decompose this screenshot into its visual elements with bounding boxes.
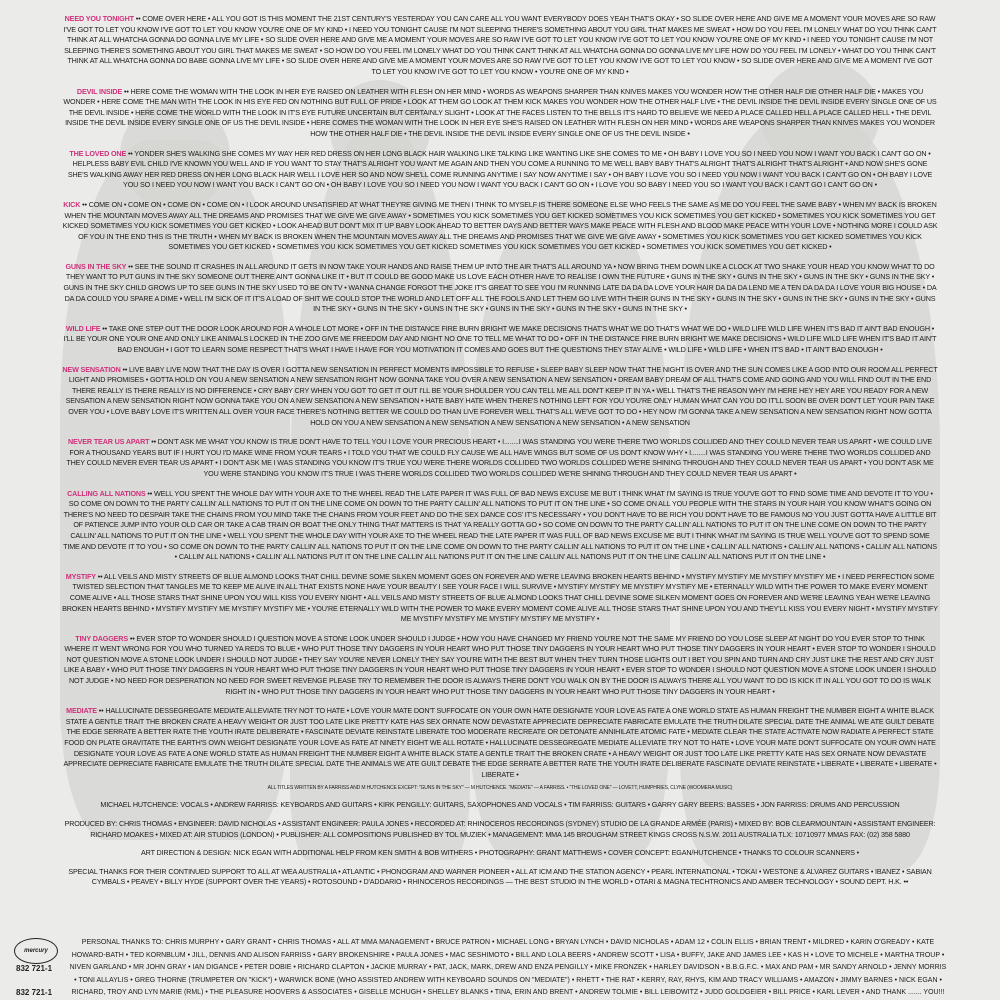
special-thanks: SPECIAL THANKS FOR THEIR CONTINUED SUPPO… xyxy=(62,867,938,888)
art-credits: ART DIRECTION & DESIGN: NICK EGAN WITH A… xyxy=(62,848,938,859)
song-title: NEVER TEAR US APART xyxy=(68,437,149,446)
band-credits: MICHAEL HUTCHENCE: VOCALS • ANDREW FARRI… xyxy=(62,800,938,811)
song-block: THE LOVED ONE •• YONDER SHE'S WALKING SH… xyxy=(62,149,938,191)
song-block: MEDIATE •• HALLUCINATE DESSEGREGATE MEDI… xyxy=(62,706,938,780)
song-lyrics: •• COME OVER HERE • ALL YOU GOT IS THIS … xyxy=(64,14,937,76)
song-lyrics: •• DON'T ASK ME WHAT YOU KNOW IS TRUE DO… xyxy=(66,437,933,478)
song-block: NEW SENSATION •• LIVE BABY LIVE NOW THAT… xyxy=(62,365,938,429)
personal-thanks: PERSONAL THANKS TO: CHRIS MURPHY • GARY … xyxy=(68,937,948,1000)
lyrics-sheet: NEED YOU TONIGHT •• COME OVER HERE • ALL… xyxy=(62,14,938,896)
song-block: NEVER TEAR US APART •• DON'T ASK ME WHAT… xyxy=(62,437,938,479)
song-title: GUNS IN THE SKY xyxy=(65,262,126,271)
song-title: NEW SENSATION xyxy=(62,365,120,374)
song-block: TINY DAGGERS •• EVER STOP TO WONDER SHOU… xyxy=(62,634,938,698)
catalog-number: 832 721-1 xyxy=(16,964,52,973)
catalog-number: 832 721-1 xyxy=(16,988,52,997)
song-lyrics: •• LIVE BABY LIVE NOW THAT THE DAY IS OV… xyxy=(66,365,938,427)
song-lyrics: •• COME ON • COME ON • COME ON • COME ON… xyxy=(63,200,938,251)
song-lyrics: •• EVER STOP TO WONDER SHOULD I QUESTION… xyxy=(64,634,936,696)
songwriting-footnote: ALL TITLES WRITTEN BY A FARRISS AND M HU… xyxy=(62,785,938,791)
song-title: THE LOVED ONE xyxy=(69,149,126,158)
song-lyrics: •• HALLUCINATE DESSEGREGATE MEDIATE ALLE… xyxy=(63,706,936,779)
song-title: CALLING ALL NATIONS xyxy=(67,489,145,498)
song-title: NEED YOU TONIGHT xyxy=(65,14,134,23)
song-title: MEDIATE xyxy=(66,706,97,715)
song-lyrics: •• HERE COME THE WOMAN WITH THE LOOK IN … xyxy=(63,87,936,138)
mercury-logo-icon: mercury xyxy=(14,938,58,964)
song-block: KICK •• COME ON • COME ON • COME ON • CO… xyxy=(62,200,938,253)
song-block: DEVIL INSIDE •• HERE COME THE WOMAN WITH… xyxy=(62,87,938,140)
production-credits: PRODUCED BY: CHRIS THOMAS • ENGINEER: DA… xyxy=(62,819,938,840)
song-lyrics: •• SEE THE SOUND IT CRASHES IN ALL AROUN… xyxy=(63,262,936,313)
song-block: WILD LIFE •• TAKE ONE STEP OUT THE DOOR … xyxy=(62,324,938,356)
song-block: NEED YOU TONIGHT •• COME OVER HERE • ALL… xyxy=(62,14,938,78)
song-lyrics: •• ALL VEILS AND MISTY STREETS OF BLUE A… xyxy=(62,572,938,623)
song-title: TINY DAGGERS xyxy=(75,634,128,643)
song-title: WILD LIFE xyxy=(66,324,101,333)
logo-text: mercury xyxy=(24,948,48,954)
song-lyrics: •• WELL YOU SPENT THE WHOLE DAY WITH YOU… xyxy=(63,489,937,562)
song-title: MYSTIFY xyxy=(66,572,96,581)
song-block: MYSTIFY •• ALL VEILS AND MISTY STREETS O… xyxy=(62,572,938,625)
song-title: KICK xyxy=(63,200,80,209)
song-block: GUNS IN THE SKY •• SEE THE SOUND IT CRAS… xyxy=(62,262,938,315)
song-lyrics: •• TAKE ONE STEP OUT THE DOOR LOOK AROUN… xyxy=(64,324,937,354)
song-lyrics: •• YONDER SHE'S WALKING SHE COMES MY WAY… xyxy=(68,149,932,190)
song-title: DEVIL INSIDE xyxy=(77,87,122,96)
song-block: CALLING ALL NATIONS •• WELL YOU SPENT TH… xyxy=(62,489,938,563)
